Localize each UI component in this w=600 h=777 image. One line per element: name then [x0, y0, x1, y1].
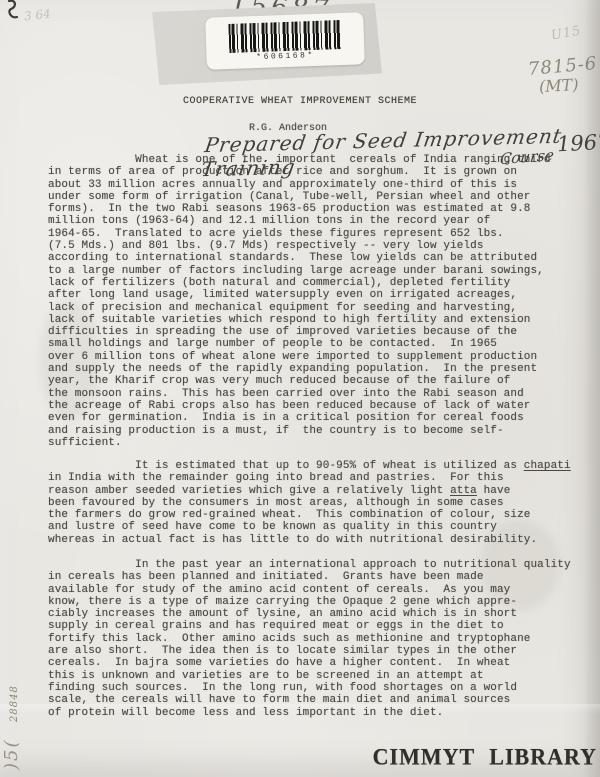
library-stamp: CIMMYT LIBRARY: [373, 743, 597, 770]
corner-ink-mark: [6, 0, 22, 22]
page-edge-shadow: [584, 0, 600, 777]
margin-scribble-small: 28848: [9, 685, 20, 722]
paragraph-2: It is estimated that up to 90-95% of whe…: [48, 460, 571, 546]
paragraph-3: In the past year an international approa…: [48, 559, 571, 719]
call-number-suffix: (MT): [539, 75, 579, 96]
document-title: COOPERATIVE WHEAT IMPROVEMENT SCHEME: [0, 96, 600, 107]
margin-scribble-large: )5(: [1, 739, 22, 771]
barcode-icon: [228, 20, 341, 53]
scanned-document-page: 3 64 15687 *606168* U15 7815-6 (MT) COOP…: [0, 0, 600, 777]
handwritten-year: 1967: [556, 130, 600, 157]
pencil-note-top-right: U15: [550, 23, 583, 43]
paragraph-1: Wheat is one of the important cereals of…: [48, 154, 551, 449]
faint-pencil-mark: 3 64: [23, 7, 51, 24]
barcode-label: *606168*: [205, 12, 365, 69]
